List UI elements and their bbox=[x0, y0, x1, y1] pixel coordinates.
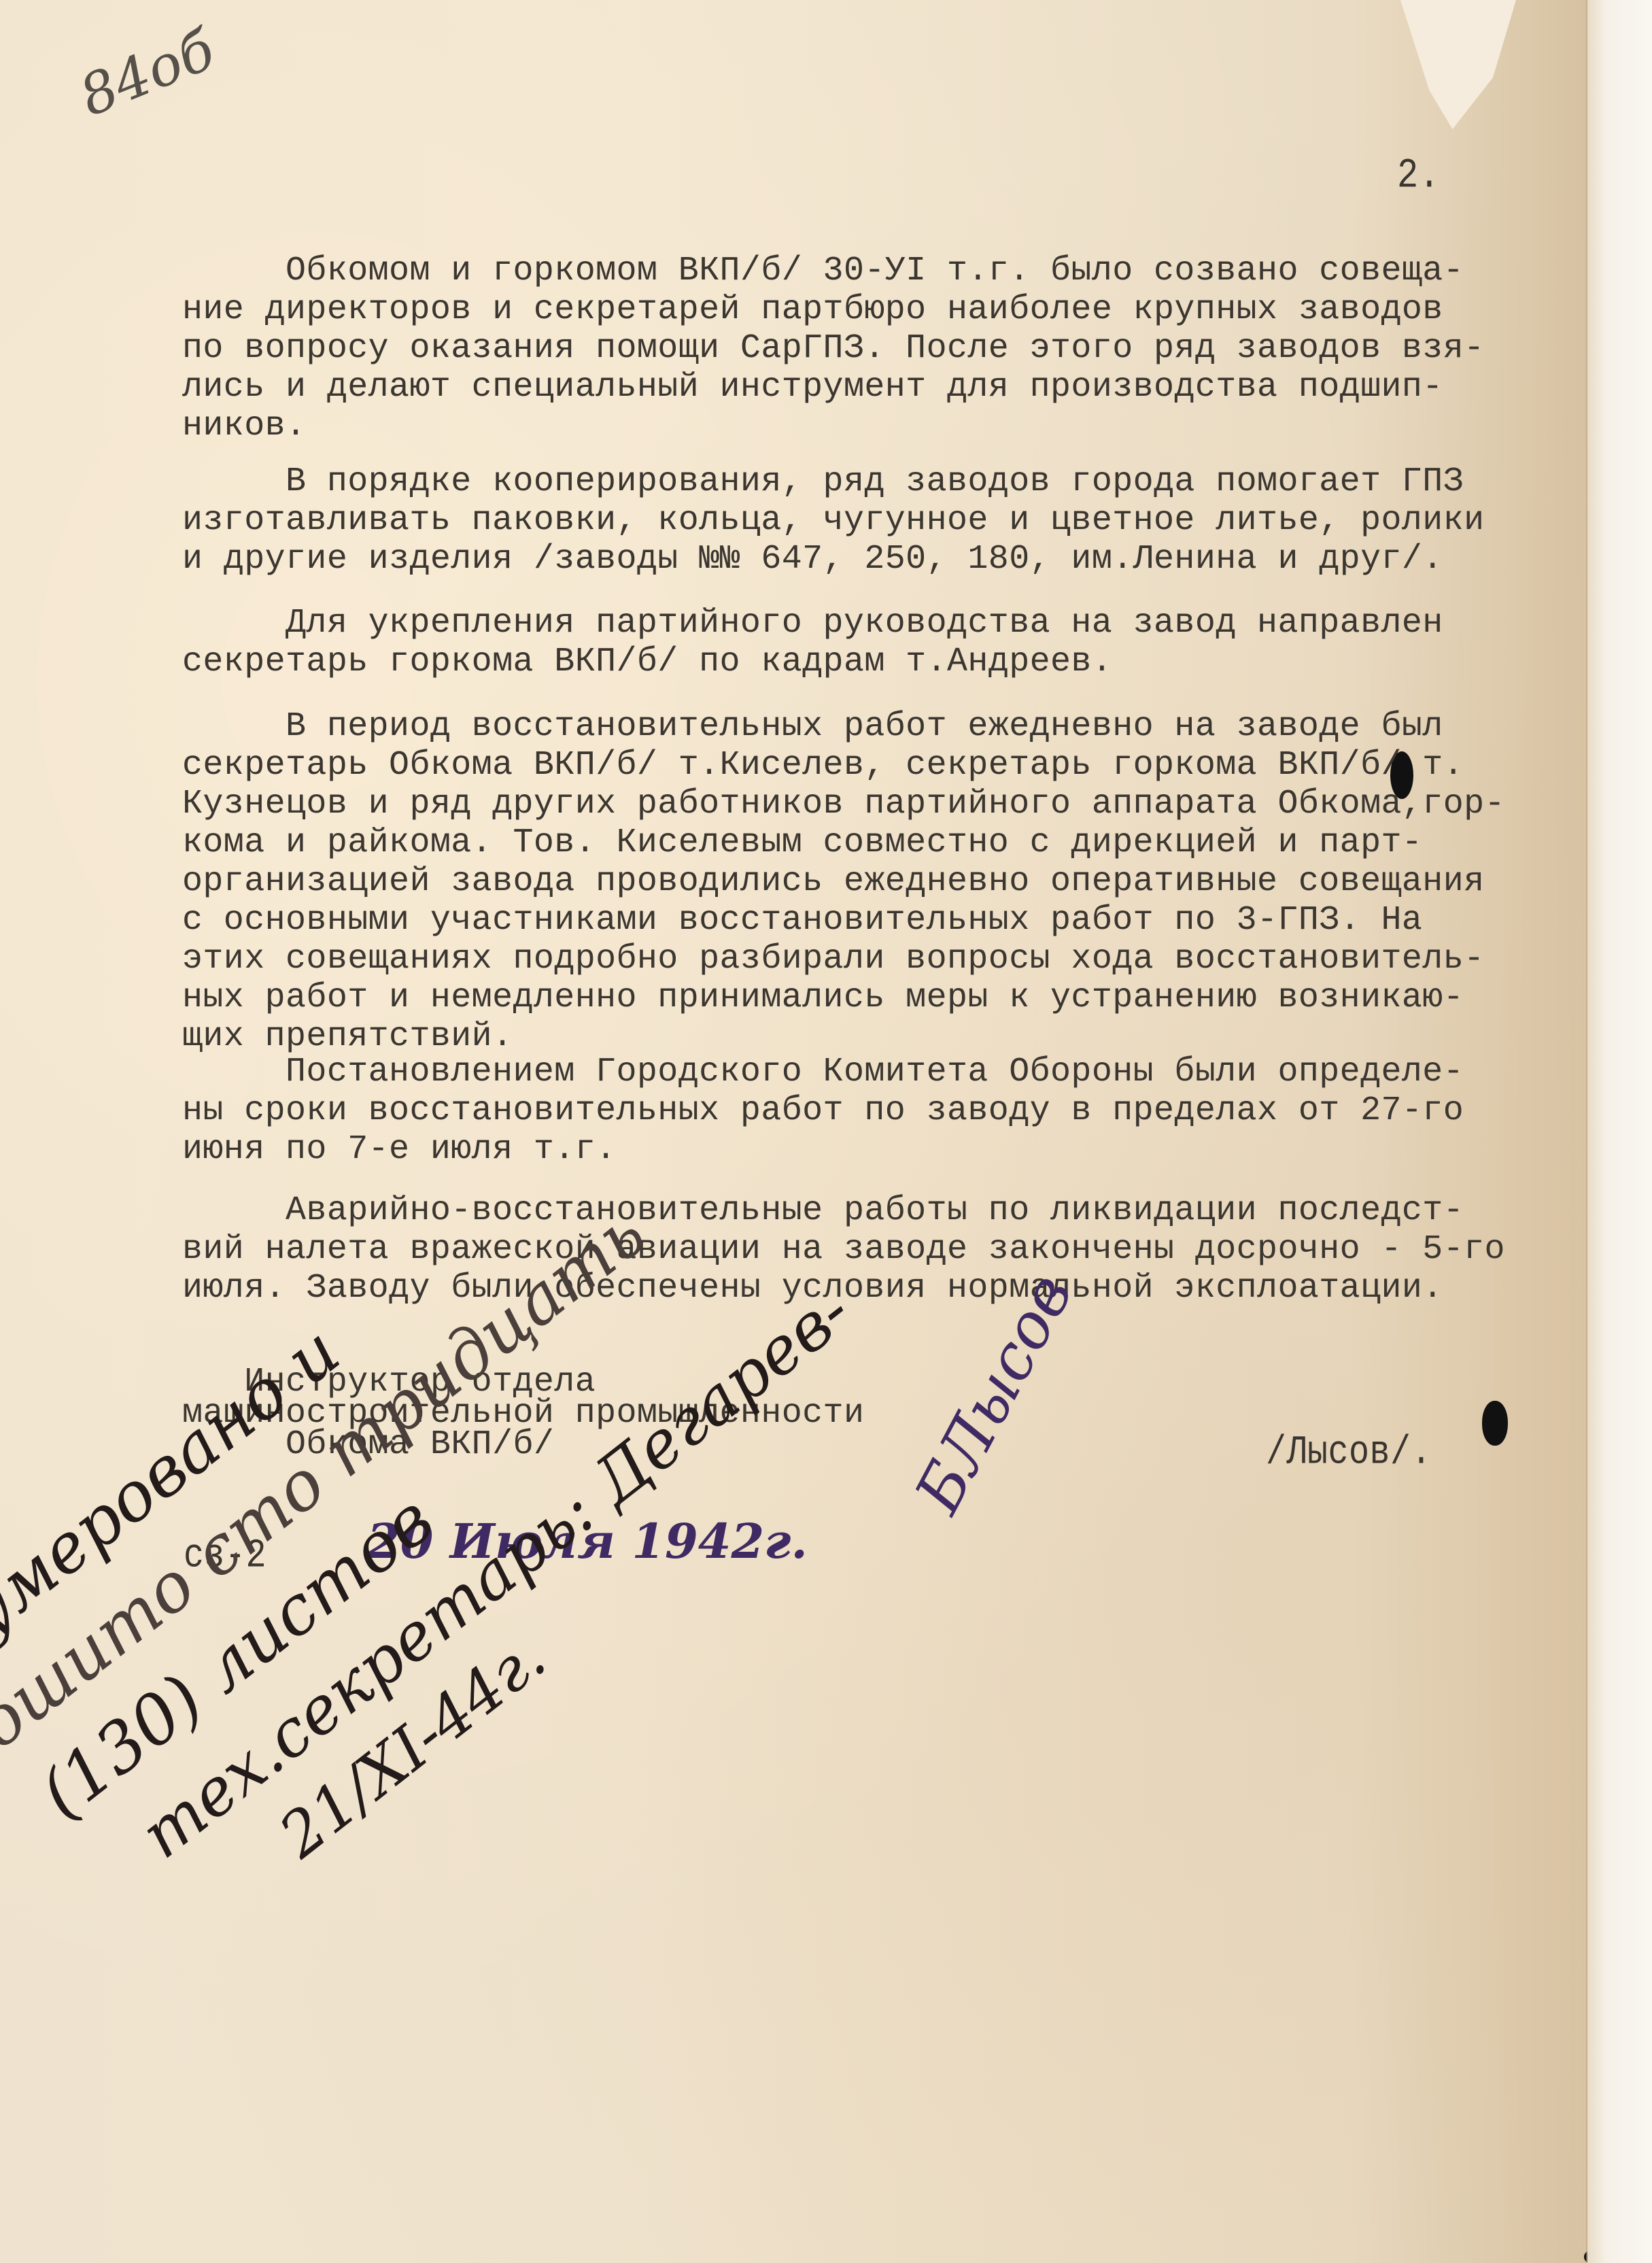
text-line: щих препятствий. bbox=[182, 1017, 1505, 1056]
text-line: с основными участниками восстановительны… bbox=[182, 901, 1505, 940]
text-line: организацией завода проводились ежедневн… bbox=[182, 862, 1505, 901]
text-line: Для укрепления партийного руководства на… bbox=[182, 604, 1443, 643]
punch-hole-icon bbox=[1482, 1401, 1508, 1446]
paragraph-3: Для укрепления партийного руководства на… bbox=[182, 604, 1443, 681]
text-line: по вопросу оказания помощи СарГПЗ. После… bbox=[182, 329, 1485, 368]
text-line: ных работ и немедленно принимались меры … bbox=[182, 979, 1505, 1017]
typed-signatory-name: /Лысов/. bbox=[1266, 1430, 1432, 1476]
text-line: июля. Заводу были обеспечены условия нор… bbox=[182, 1269, 1505, 1308]
text-line: Обкомом и горкомом ВКП/б/ 30-УI т.г. был… bbox=[182, 252, 1485, 290]
text-line: ние директоров и секретарей партбюро наи… bbox=[182, 290, 1485, 329]
text-line: Аварийно-восстановительные работы по лик… bbox=[182, 1191, 1505, 1230]
archive-sheet-number: 84об bbox=[71, 18, 224, 129]
paragraph-2: В порядке кооперирования, ряд заводов го… bbox=[182, 462, 1485, 579]
torn-corner bbox=[1400, 0, 1516, 129]
text-line: вий налета вражеской авиации на заводе з… bbox=[182, 1230, 1505, 1269]
text-line: В период восстановительных работ ежеднев… bbox=[182, 707, 1505, 746]
page-number: 2. bbox=[1397, 153, 1440, 199]
paragraph-1: Обкомом и горкомом ВКП/б/ 30-УI т.г. был… bbox=[182, 252, 1485, 445]
binding-margin bbox=[1587, 0, 1652, 2263]
paragraph-4: В период восстановительных работ ежеднев… bbox=[182, 707, 1505, 1056]
paragraph-5: Постановлением Городского Комитета Оборо… bbox=[182, 1053, 1464, 1169]
text-line: ников. bbox=[182, 407, 1485, 445]
text-line: Кузнецов и ряд других работников партийн… bbox=[182, 785, 1505, 823]
text-line: Постановлением Городского Комитета Оборо… bbox=[182, 1053, 1464, 1091]
text-line: секретарь горкома ВКП/б/ по кадрам т.Анд… bbox=[182, 643, 1443, 681]
text-line: В порядке кооперирования, ряд заводов го… bbox=[182, 462, 1485, 501]
text-line: и другие изделия /заводы №№ 647, 250, 18… bbox=[182, 540, 1485, 579]
text-line: июня по 7-е июля т.г. bbox=[182, 1130, 1464, 1169]
text-line: лись и делают специальный инструмент для… bbox=[182, 368, 1485, 407]
text-line: секретарь Обкома ВКП/б/ т.Киселев, секре… bbox=[182, 746, 1505, 785]
paragraph-6: Аварийно-восстановительные работы по лик… bbox=[182, 1191, 1505, 1308]
text-line: этих совещаниях подробно разбирали вопро… bbox=[182, 940, 1505, 979]
text-line: кома и райкома. Тов. Киселевым совместно… bbox=[182, 823, 1505, 862]
text-line: ны сроки восстановительных работ по заво… bbox=[182, 1091, 1464, 1130]
document-page: 84об 2. Обкомом и горкомом ВКП/б/ 30-УI … bbox=[0, 0, 1587, 2263]
text-line: изготавливать паковки, кольца, чугунное … bbox=[182, 501, 1485, 540]
